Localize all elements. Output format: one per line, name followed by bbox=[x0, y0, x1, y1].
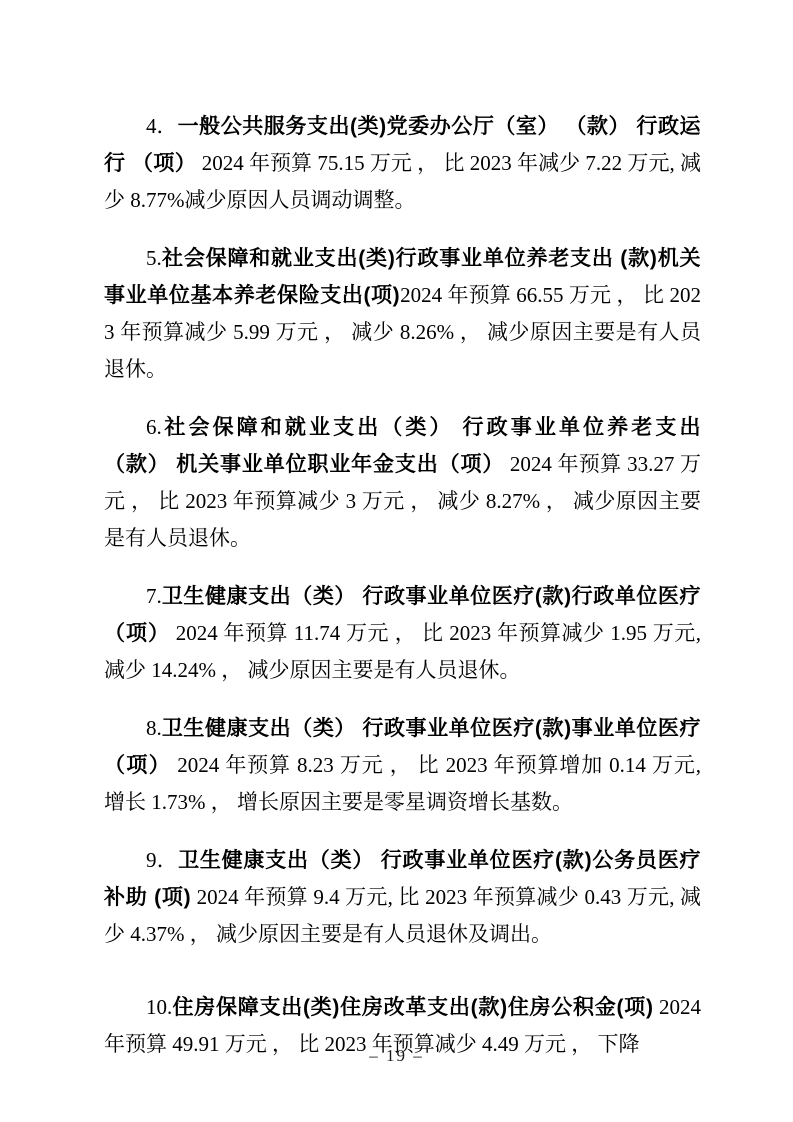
item-detail: 2024 年预算 11.74 万元 ， 比 2023 年预算减少 1.95 万元… bbox=[104, 621, 701, 682]
item-number: 7. bbox=[146, 584, 162, 608]
budget-item-5: 5.社会保障和就业支出(类)行政事业单位养老支出 (款)机关事业单位基本养老保险… bbox=[104, 240, 701, 388]
budget-item-9: 9．卫生健康支出（类） 行政事业单位医疗(款)公务员医疗补助 (项) 2024 … bbox=[104, 842, 701, 953]
item-heading: 住房保障支出(类)住房改革支出(款)住房公积金(项) bbox=[172, 996, 653, 1019]
budget-item-4: 4．一般公共服务支出(类)党委办公厅（室） （款） 行政运行 （项） 2024 … bbox=[104, 108, 701, 219]
budget-item-7: 7.卫生健康支出（类） 行政事业单位医疗(款)行政单位医疗（项） 2024 年预… bbox=[104, 578, 701, 689]
page-number: – 19 – bbox=[0, 1046, 793, 1066]
budget-item-6: 6.社会保障和就业支出（类） 行政事业单位养老支出（款） 机关事业单位职业年金支… bbox=[104, 409, 701, 557]
item-number: 4． bbox=[146, 114, 178, 138]
item-detail: 2024 年预算 8.23 万元 ， 比 2023 年预算增加 0.14 万元,… bbox=[104, 753, 701, 814]
item-number: 10. bbox=[146, 995, 172, 1019]
item-number: 5. bbox=[146, 246, 162, 270]
document-page: 4．一般公共服务支出(类)党委办公厅（室） （款） 行政运行 （项） 2024 … bbox=[0, 0, 793, 1122]
item-number: 6. bbox=[146, 415, 162, 439]
budget-item-8: 8.卫生健康支出（类） 行政事业单位医疗(款)事业单位医疗（项） 2024 年预… bbox=[104, 710, 701, 821]
document-body: 4．一般公共服务支出(类)党委办公厅（室） （款） 行政运行 （项） 2024 … bbox=[104, 108, 701, 1084]
item-number: 8. bbox=[146, 716, 162, 740]
item-detail: 2024 年预算 9.4 万元, 比 2023 年预算减少 0.43 万元, 减… bbox=[104, 885, 701, 946]
item-number: 9． bbox=[146, 848, 178, 872]
